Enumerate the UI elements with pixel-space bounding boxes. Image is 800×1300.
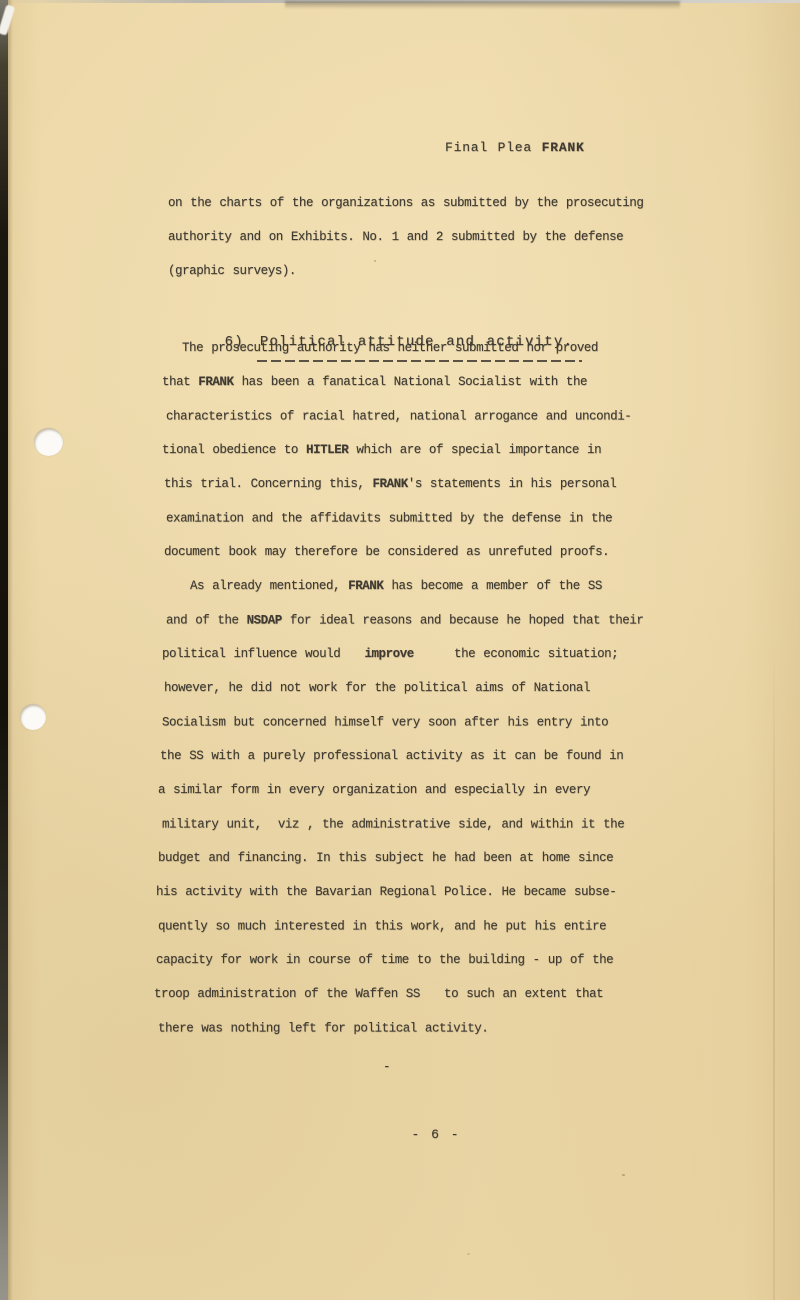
scan-smudge-top <box>285 1 680 9</box>
typed-line: a similar form in every organization and… <box>158 773 639 807</box>
hole-punch-top <box>34 428 63 456</box>
typed-line: on the charts of the organizations as su… <box>168 186 643 220</box>
typed-line: military unit, viz , the administrative … <box>162 808 643 842</box>
typed-line: there was nothing left for political act… <box>158 1012 643 1046</box>
stray-typed-dash: - <box>383 1060 390 1074</box>
body-paragraphs: The prosecuting authority has neither su… <box>164 331 641 1045</box>
typed-line: The prosecuting authority has neither su… <box>164 331 641 365</box>
typed-line: authority and on Exhibits. No. 1 and 2 s… <box>168 220 643 254</box>
scanned-document-page: Final Plea FRANK on the charts of the or… <box>0 0 800 1300</box>
typed-line: Socialism but concerned himself very soo… <box>162 706 643 740</box>
paper-speck <box>467 1253 470 1255</box>
paper-crease-right <box>773 640 775 1300</box>
typed-line: and of the NSDAP for ideal reasons and b… <box>166 604 643 638</box>
typed-line: document book may therefore be considere… <box>164 535 641 569</box>
hole-punch-bottom <box>20 704 46 730</box>
scan-edge-left-shadow <box>8 0 13 1300</box>
typed-line: examination and the affidavits submitted… <box>166 502 643 536</box>
typed-line: capacity for work in course of time to t… <box>156 943 641 977</box>
paper-speck <box>622 1174 625 1176</box>
typed-line: tional obedience to HITLER which are of … <box>162 433 639 467</box>
scan-edge-left <box>0 0 8 1300</box>
typed-line: quently so much interested in this work,… <box>158 910 643 944</box>
typed-line: troop administration of the Waffen SS to… <box>154 977 639 1011</box>
typed-line: that FRANK has been a fanatical National… <box>162 365 639 399</box>
typed-line: however, he did not work for the politic… <box>164 671 641 705</box>
typed-line: characteristics of racial hatred, nation… <box>166 400 643 434</box>
typed-line: the SS with a purely professional activi… <box>160 739 641 773</box>
page-number: - 6 - <box>398 1127 474 1142</box>
typed-line: this trial. Concerning this, FRANK's sta… <box>164 467 641 501</box>
paper-speck <box>374 260 376 262</box>
typed-line: budget and financing. In this subject he… <box>158 841 639 875</box>
typed-line: (graphic surveys). <box>168 254 643 288</box>
typed-line: political influence would improve the ec… <box>162 637 639 671</box>
typed-line: As already mentioned, FRANK has become a… <box>162 569 639 603</box>
typed-line: his activity with the Bavarian Regional … <box>156 875 641 909</box>
document-header-title: Final Plea FRANK <box>445 140 585 155</box>
